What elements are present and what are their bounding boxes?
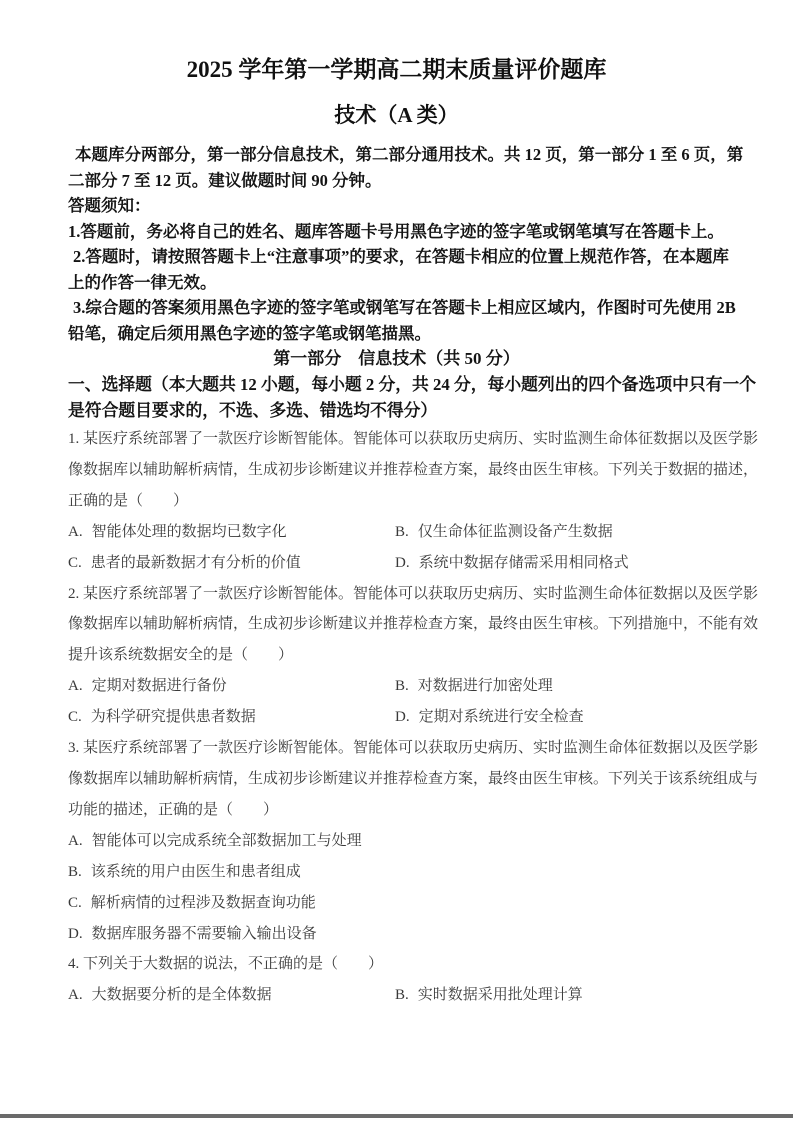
option-3A: A.智能体可以完成系统全部数据加工与处理 <box>68 826 725 857</box>
intro-line: 本题库分两部分，第一部分信息技术，第二部分通用技术。共 12 页，第一部分 1 … <box>68 142 725 168</box>
option-1D-label: D. <box>395 555 410 571</box>
question-4: 4. 下列关于大数据的说法，不正确的是（ ） A.大数据要分析的是全体数据 B.… <box>68 949 725 1011</box>
question-4-options-row: A.大数据要分析的是全体数据 B.实时数据采用批处理计算 <box>68 980 725 1011</box>
option-1B-text: 仅生命体征监测设备产生数据 <box>418 524 613 540</box>
option-3D-text: 数据库服务器不需要输入输出设备 <box>92 926 317 942</box>
notice-item-2: 2.答题时，请按照答题卡上“注意事项”的要求，在答题卡相应的位置上规范作答，在本… <box>68 244 725 270</box>
question-3: 3. 某医疗系统部署了一款医疗诊断智能体。智能体可以获取历史病历、实时监测生命体… <box>68 733 725 949</box>
question-1-stem-line: 像数据库以辅助解析病情，生成初步诊断建议并推荐检查方案，最终由医生审核。下列关于… <box>68 455 725 486</box>
option-3B-label: B. <box>68 864 82 880</box>
multiple-choice-instruction: 一、选择题（本大题共 12 小题，每小题 2 分，共 24 分，每小题列出的四个… <box>68 372 725 424</box>
question-3-stem-line: 功能的描述，正确的是（ ） <box>68 795 725 826</box>
option-3C: C.解析病情的过程涉及数据查询功能 <box>68 888 725 919</box>
option-4A: A.大数据要分析的是全体数据 <box>68 980 395 1011</box>
option-4B: B.实时数据采用批处理计算 <box>395 980 725 1011</box>
question-3-stem-line: 3. 某医疗系统部署了一款医疗诊断智能体。智能体可以获取历史病历、实时监测生命体… <box>68 733 725 764</box>
option-4B-text: 实时数据采用批处理计算 <box>418 987 583 1003</box>
question-4-stem-line: 4. 下列关于大数据的说法，不正确的是（ ） <box>68 949 725 980</box>
notice-item-1: 1.答题前，务必将自己的姓名、题库答题卡号用黑色字迹的签字笔或钢笔填写在答题卡上… <box>68 219 725 245</box>
question-2-stem-line: 像数据库以辅助解析病情，生成初步诊断建议并推荐检查方案，最终由医生审核。下列措施… <box>68 609 725 640</box>
option-1A: A.智能体处理的数据均已数字化 <box>68 517 395 548</box>
instruction-line: 是符合题目要求的，不选、多选、错选均不得分） <box>68 398 725 424</box>
intro-paragraph: 本题库分两部分，第一部分信息技术，第二部分通用技术。共 12 页，第一部分 1 … <box>68 142 725 193</box>
option-2D: D.定期对系统进行安全检查 <box>395 702 725 733</box>
question-2: 2. 某医疗系统部署了一款医疗诊断智能体。智能体可以获取历史病历、实时监测生命体… <box>68 579 725 734</box>
notice-item-3-continued: 铅笔，确定后须用黑色字迹的签字笔或钢笔描黑。 <box>68 321 725 347</box>
question-2-stem-line: 提升该系统数据安全的是（ ） <box>68 640 725 671</box>
question-3-stem-line: 像数据库以辅助解析病情，生成初步诊断建议并推荐检查方案，最终由医生审核。下列关于… <box>68 764 725 795</box>
question-2-options-row: C.为科学研究提供患者数据 D.定期对系统进行安全检查 <box>68 702 725 733</box>
notice-item-3: 3.综合题的答案须用黑色字迹的签字笔或钢笔写在答题卡上相应区域内，作图时可先使用… <box>68 295 725 321</box>
option-1C: C.患者的最新数据才有分析的价值 <box>68 548 395 579</box>
questions-area: 1. 某医疗系统部署了一款医疗诊断智能体。智能体可以获取历史病历、实时监测生命体… <box>68 424 725 1011</box>
option-2D-label: D. <box>395 709 410 725</box>
exam-document: 2025 学年第一学期高二期末质量评价题库 技术（A 类） 本题库分两部分，第一… <box>0 0 793 1011</box>
question-1-stem-line: 正确的是（ ） <box>68 486 725 517</box>
intro-line: 二部分 7 至 12 页。建议做题时间 90 分钟。 <box>68 168 725 194</box>
question-1: 1. 某医疗系统部署了一款医疗诊断智能体。智能体可以获取历史病历、实时监测生命体… <box>68 424 725 579</box>
section-1-heading: 第一部分 信息技术（共 50 分） <box>68 346 725 372</box>
option-3B-text: 该系统的用户由医生和患者组成 <box>91 864 301 880</box>
option-1D-text: 系统中数据存储需采用相同格式 <box>419 555 629 571</box>
page-bottom-edge <box>0 1114 793 1118</box>
option-3A-text: 智能体可以完成系统全部数据加工与处理 <box>92 833 362 849</box>
question-1-stem-line: 1. 某医疗系统部署了一款医疗诊断智能体。智能体可以获取历史病历、实时监测生命体… <box>68 424 725 455</box>
option-2D-text: 定期对系统进行安全检查 <box>419 709 584 725</box>
question-1-options-row: A.智能体处理的数据均已数字化 B.仅生命体征监测设备产生数据 <box>68 517 725 548</box>
instruction-line: 一、选择题（本大题共 12 小题，每小题 2 分，共 24 分，每小题列出的四个… <box>68 372 725 398</box>
question-2-stem-line: 2. 某医疗系统部署了一款医疗诊断智能体。智能体可以获取历史病历、实时监测生命体… <box>68 579 725 610</box>
option-2A: A.定期对数据进行备份 <box>68 671 395 702</box>
option-2A-text: 定期对数据进行备份 <box>92 678 227 694</box>
option-2C: C.为科学研究提供患者数据 <box>68 702 395 733</box>
option-3A-label: A. <box>68 833 83 849</box>
option-3D: D.数据库服务器不需要输入输出设备 <box>68 919 725 950</box>
option-1A-label: A. <box>68 524 83 540</box>
option-3C-text: 解析病情的过程涉及数据查询功能 <box>91 895 316 911</box>
option-1B: B.仅生命体征监测设备产生数据 <box>395 517 725 548</box>
option-1C-text: 患者的最新数据才有分析的价值 <box>91 555 301 571</box>
option-3D-label: D. <box>68 926 83 942</box>
option-2B-text: 对数据进行加密处理 <box>418 678 553 694</box>
option-2C-label: C. <box>68 709 82 725</box>
option-1D: D.系统中数据存储需采用相同格式 <box>395 548 725 579</box>
option-2B-label: B. <box>395 678 409 694</box>
notice-item-2-continued: 上的作答一律无效。 <box>68 270 725 296</box>
option-1B-label: B. <box>395 524 409 540</box>
option-3B: B.该系统的用户由医生和患者组成 <box>68 857 725 888</box>
option-2C-text: 为科学研究提供患者数据 <box>91 709 256 725</box>
notice-heading: 答题须知： <box>68 193 725 219</box>
option-1A-text: 智能体处理的数据均已数字化 <box>92 524 287 540</box>
option-4A-text: 大数据要分析的是全体数据 <box>92 987 272 1003</box>
page-title: 2025 学年第一学期高二期末质量评价题库 <box>68 54 725 86</box>
page-subtitle: 技术（A 类） <box>68 100 725 130</box>
option-2B: B.对数据进行加密处理 <box>395 671 725 702</box>
option-4B-label: B. <box>395 987 409 1003</box>
option-1C-label: C. <box>68 555 82 571</box>
question-2-options-row: A.定期对数据进行备份 B.对数据进行加密处理 <box>68 671 725 702</box>
answer-notice: 答题须知： 1.答题前，务必将自己的姓名、题库答题卡号用黑色字迹的签字笔或钢笔填… <box>68 193 725 346</box>
option-2A-label: A. <box>68 678 83 694</box>
option-3C-label: C. <box>68 895 82 911</box>
option-4A-label: A. <box>68 987 83 1003</box>
question-1-options-row: C.患者的最新数据才有分析的价值 D.系统中数据存储需采用相同格式 <box>68 548 725 579</box>
